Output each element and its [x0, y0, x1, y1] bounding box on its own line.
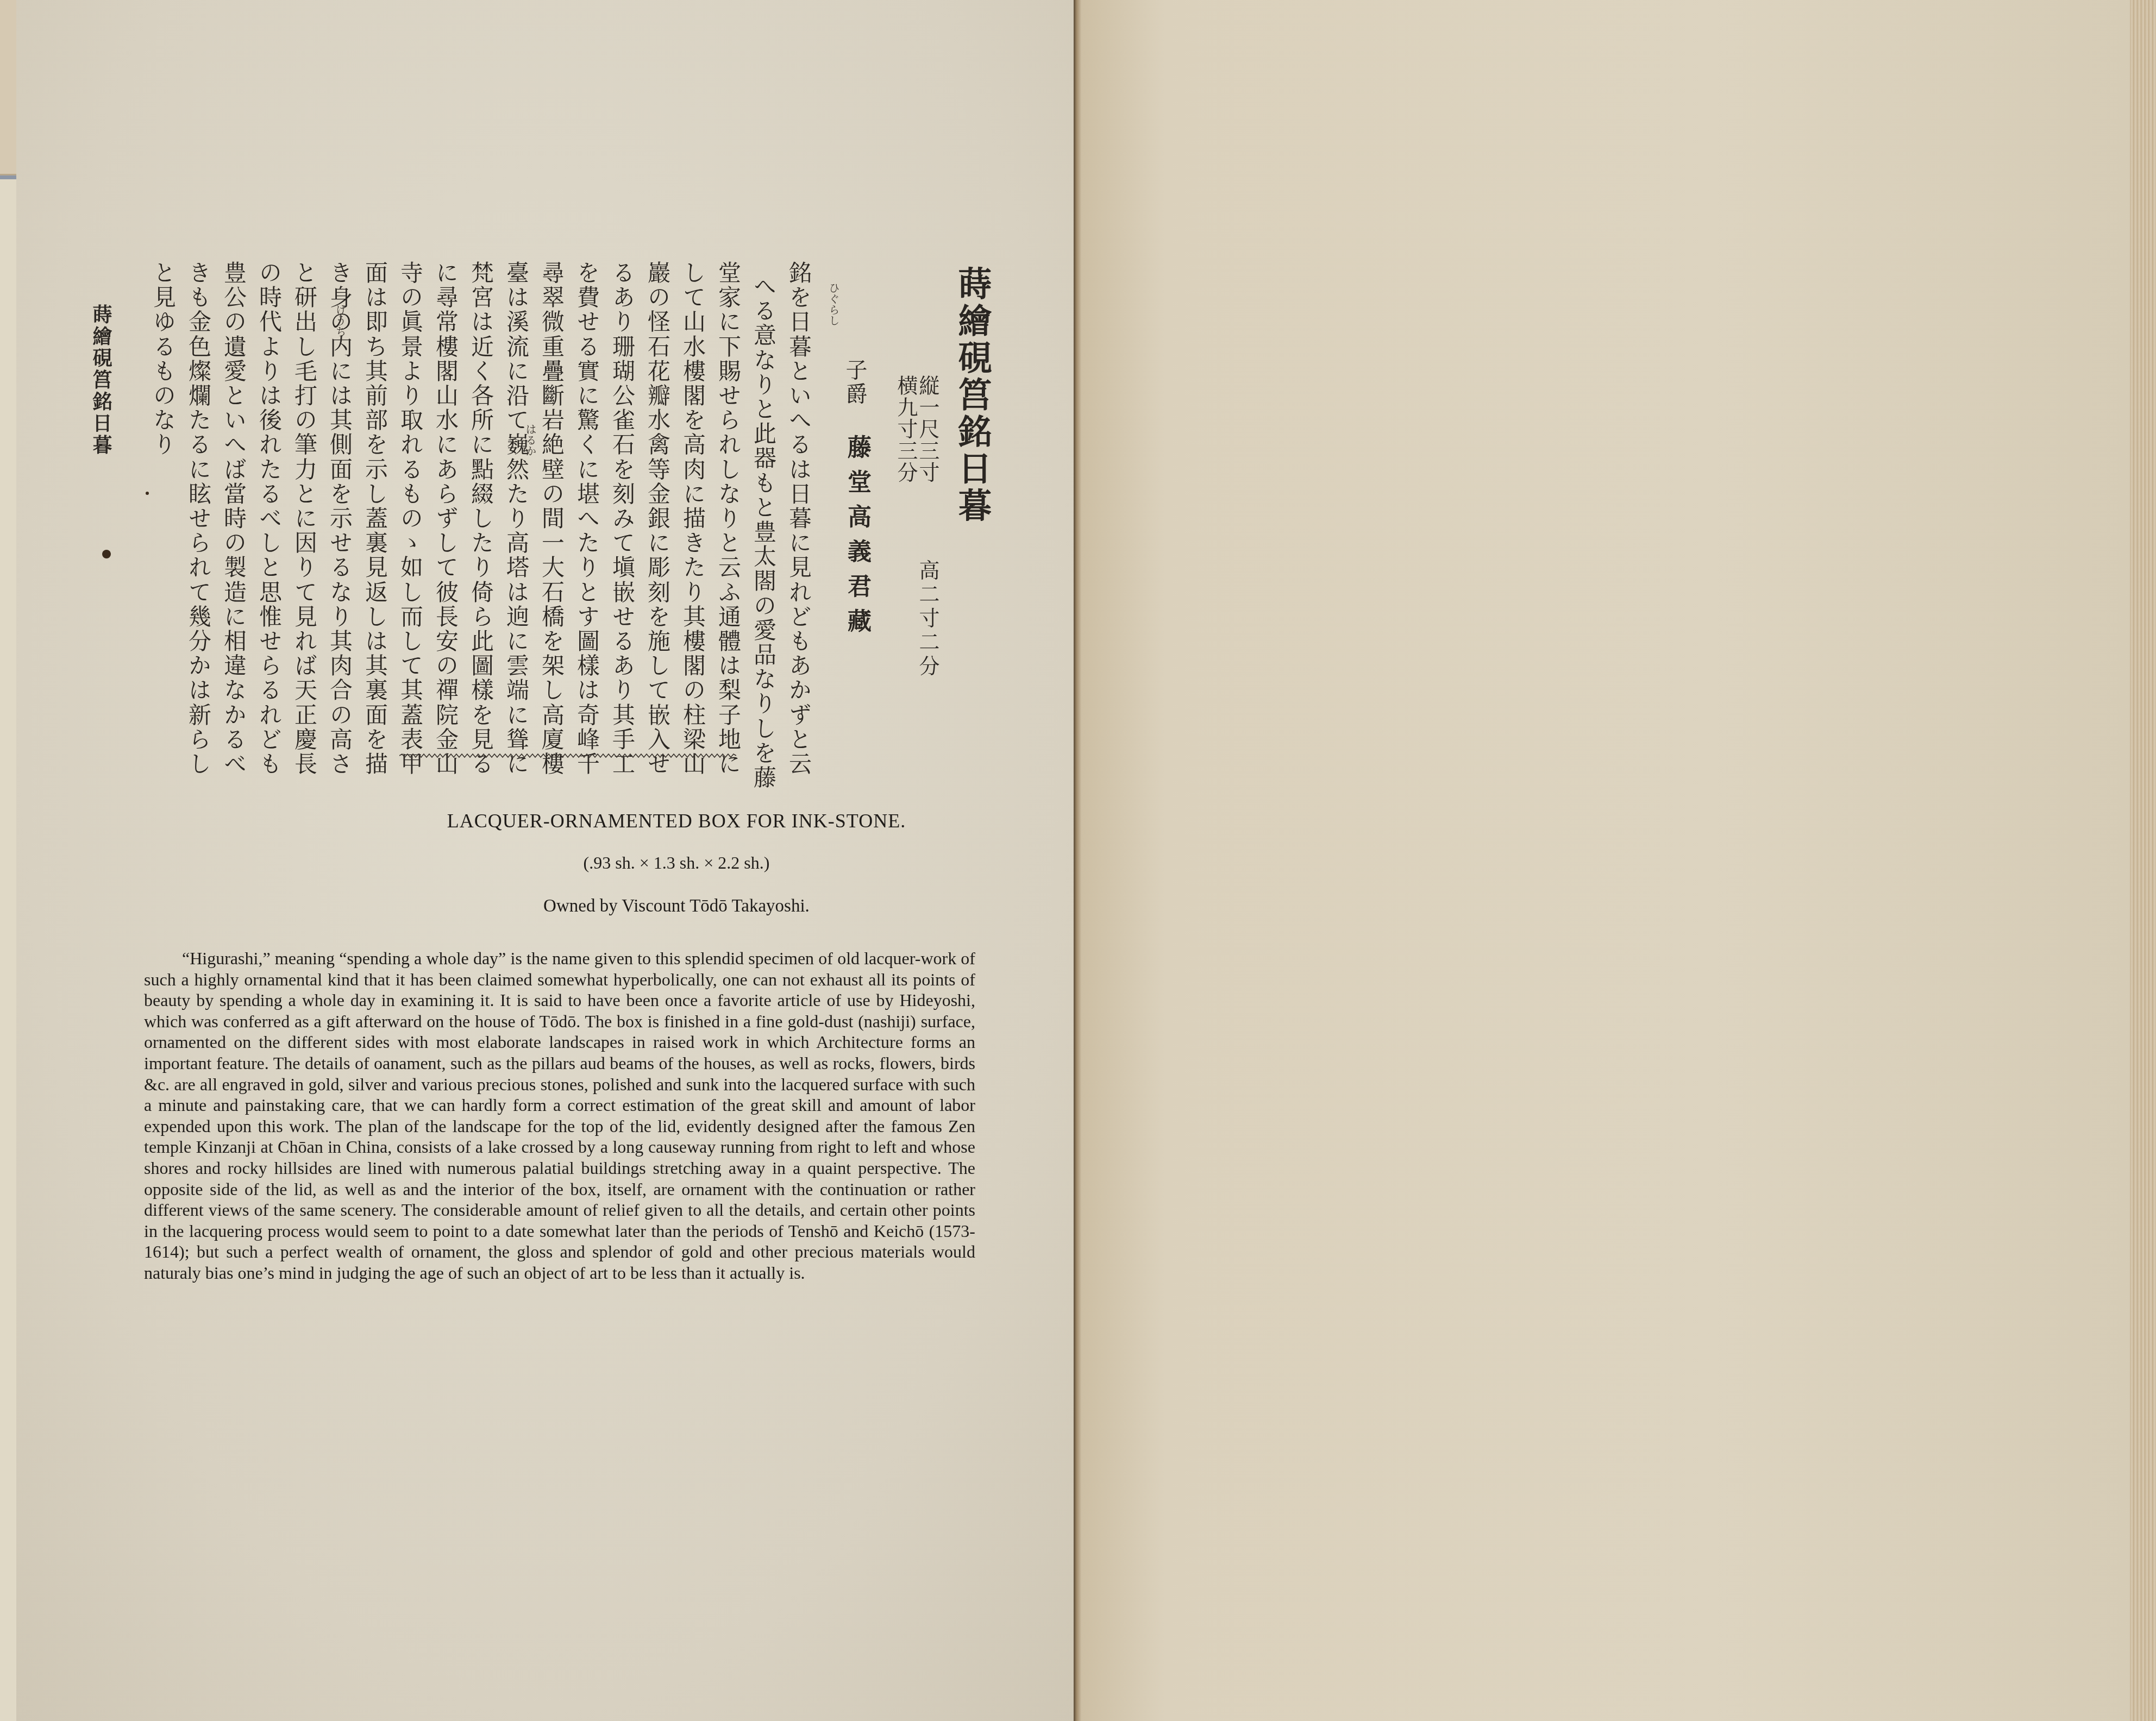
- right-page-blank: [1081, 0, 2130, 1721]
- page-stack-edge: [2130, 0, 2156, 1721]
- book-gutter: [1074, 0, 1081, 1721]
- dimension-width: 横九寸三分: [891, 375, 921, 483]
- japanese-body-column: るあり珊瑚公雀石を刻みて塡嵌せるあり其手工: [606, 261, 638, 776]
- wavy-divider: [399, 752, 736, 759]
- running-head: 蒔繪硯筥銘日暮: [87, 304, 115, 456]
- japanese-body-column: 寺の眞景より取れるものゝ如し而して其蓋表甲: [394, 261, 427, 776]
- japanese-body-column: 銘を日暮といへるは日暮に見れどもあかずと云: [782, 261, 815, 776]
- japanese-body-column: と研出し毛打の筆力とに因りて見れば天正慶長: [288, 261, 321, 776]
- japanese-body-column: を費せる實に驚くに堪へたりとす圖樣は奇峰千: [571, 261, 603, 776]
- japanese-body-column: 巖の怪石花瓣水禽等金銀に彫刻を施して嵌入せ: [641, 261, 674, 776]
- japanese-body-column: と見ゆるものなり: [147, 261, 179, 457]
- ruby-annotation: ひぐらし: [826, 282, 842, 326]
- english-owner: Owned by Viscount Tōdō Takayoshi.: [307, 896, 1046, 916]
- ruby-annotation: けうち: [333, 304, 348, 337]
- previous-page-edge-lower: [0, 179, 17, 1721]
- english-dimensions: (.93 sh. × 1.3 sh. × 2.2 sh.): [307, 853, 1046, 873]
- japanese-body-column: 梵宮は近く各所に點綴したり倚ら此圖樣を見る: [465, 261, 497, 776]
- dimension-height: 高二寸二分: [913, 560, 943, 679]
- japanese-body-column: 面は即ち其前部を示し蓋裏見返しは其裏面を描: [359, 261, 391, 776]
- ruby-annotation: はるか: [523, 424, 538, 456]
- foxing-spot: [102, 550, 111, 558]
- japanese-body-column: 尋翠微重疊斷岩絶壁の間一大石橋を架し高廈樓: [535, 261, 568, 776]
- previous-page-edge: [0, 0, 17, 175]
- foxing-spot: [146, 492, 149, 495]
- japanese-body-column: きも金色燦爛たるに眩せられて幾分かは新らし: [182, 261, 215, 776]
- english-title: LACQUER-ORNAMENTED BOX FOR INK-STONE.: [307, 809, 1046, 832]
- japanese-body-column: き身の内には其側面を示せるなり其肉合の高さ: [323, 261, 356, 776]
- japanese-body-column: の時代よりは後れたるべしと思惟せらるれども: [253, 261, 285, 776]
- owner-rank: 子爵: [839, 359, 870, 406]
- owner-name: 藤堂高義君藏: [839, 435, 874, 643]
- english-body-paragraph: “Higurashi,” meaning “spending a whole d…: [144, 948, 975, 1284]
- japanese-body-column: 堂家に下賜せられしなりと云ふ通體は梨子地に: [712, 261, 744, 776]
- japanese-body-column: に尋常樓閣山水にあらずして彼長安の禪院金山: [429, 261, 462, 776]
- japanese-body-column: 臺は溪流に沿て巍然たり高塔は逈に雲端に聳に: [500, 261, 532, 776]
- japanese-title: 蒔繪硯筥銘日暮: [948, 266, 996, 525]
- japanese-body-column: へる意なりと此器もと豊太閤の愛品なりしを藤: [747, 274, 780, 790]
- japanese-body-column: して山水樓閣を高肉に描きたり其樓閣の柱梁山: [676, 261, 709, 776]
- english-body: “Higurashi,” meaning “spending a whole d…: [144, 948, 975, 1284]
- japanese-body-column: 豊公の遺愛といへば當時の製造に相違なかるべ: [217, 261, 250, 776]
